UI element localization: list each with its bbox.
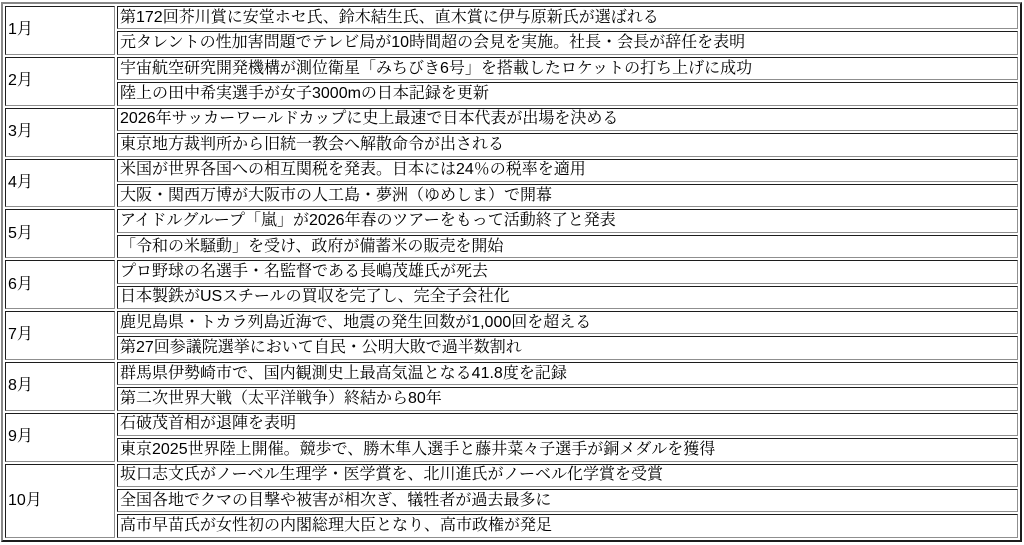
event-cell: プロ野球の名選手・名監督である長嶋茂雄氏が死去 (117, 260, 1018, 283)
table-row: 第二次世界大戦（太平洋戦争）終結から80年 (5, 387, 1018, 410)
month-cell-may: 5月 (5, 209, 115, 258)
event-cell: 高市早苗氏が女性初の内閣総理大臣となり、高市政権が発足 (117, 514, 1018, 538)
table-row: 大阪・関西万博が大阪市の人工島・夢洲（ゆめしま）で開幕 (5, 184, 1018, 207)
event-cell: 坂口志文氏がノーベル生理学・医学賞を、北川進氏がノーベル化学賞を受賞 (117, 464, 1018, 487)
month-cell-oct: 10月 (5, 464, 115, 538)
table-row: 8月 群馬県伊勢崎市で、国内観測史上最高気温となる41.8度を記録 (5, 362, 1018, 385)
table-row: 10月 坂口志文氏がノーベル生理学・医学賞を、北川進氏がノーベル化学賞を受賞 (5, 464, 1018, 487)
month-cell-aug: 8月 (5, 362, 115, 411)
event-cell: 米国が世界各国への相互関税を発表。日本には24％の税率を適用 (117, 159, 1018, 182)
month-cell-feb: 2月 (5, 57, 115, 106)
table-row: 全国各地でクマの目撃や被害が相次ぎ、犠牲者が過去最多に (5, 489, 1018, 512)
event-cell: 第172回芥川賞に安堂ホセ氏、鈴木結生氏、直木賞に伊与原新氏が選ばれる (117, 6, 1018, 29)
table-row: 6月 プロ野球の名選手・名監督である長嶋茂雄氏が死去 (5, 260, 1018, 283)
table-row: 4月 米国が世界各国への相互関税を発表。日本には24％の税率を適用 (5, 159, 1018, 182)
event-cell: 陸上の田中希実選手が女子3000mの日本記録を更新 (117, 82, 1018, 105)
event-cell: 大阪・関西万博が大阪市の人工島・夢洲（ゆめしま）で開幕 (117, 184, 1018, 207)
event-cell: 鹿児島県・トカラ列島近海で、地震の発生回数が1,000回を超える (117, 311, 1018, 334)
table-row: 「令和の米騒動」を受け、政府が備蓄米の販売を開始 (5, 235, 1018, 258)
table-row: 9月 石破茂首相が退陣を表明 (5, 413, 1018, 436)
table-row: 東京2025世界陸上開催。競歩で、勝木隼人選手と藤井菜々子選手が銅メダルを獲得 (5, 438, 1018, 461)
month-cell-mar: 3月 (5, 108, 115, 157)
event-cell: 元タレントの性加害問題でテレビ局が10時間超の会見を実施。社長・会長が辞任を表明 (117, 31, 1018, 54)
event-cell: アイドルグループ「嵐」が2026年春のツアーをもって活動終了と発表 (117, 209, 1018, 232)
month-cell-jan: 1月 (5, 6, 115, 55)
table-row: 東京地方裁判所から旧統一教会へ解散命令が出される (5, 133, 1018, 156)
month-cell-apr: 4月 (5, 159, 115, 208)
month-cell-jun: 6月 (5, 260, 115, 309)
event-cell: 宇宙航空研究開発機構が測位衛星「みちびき6号」を搭載したロケットの打ち上げに成功 (117, 57, 1018, 80)
month-cell-sep: 9月 (5, 413, 115, 462)
table-row: 3月 2026年サッカーワールドカップに史上最速で日本代表が出場を決める (5, 108, 1018, 131)
event-cell: 2026年サッカーワールドカップに史上最速で日本代表が出場を決める (117, 108, 1018, 131)
month-cell-jul: 7月 (5, 311, 115, 360)
table-row: 7月 鹿児島県・トカラ列島近海で、地震の発生回数が1,000回を超える (5, 311, 1018, 334)
table-row: 5月 アイドルグループ「嵐」が2026年春のツアーをもって活動終了と発表 (5, 209, 1018, 232)
table-row: 高市早苗氏が女性初の内閣総理大臣となり、高市政権が発足 (5, 514, 1018, 538)
event-cell: 全国各地でクマの目撃や被害が相次ぎ、犠牲者が過去最多に (117, 489, 1018, 512)
event-cell: 第27回参議院選挙において自民・公明大敗で過半数割れ (117, 336, 1018, 359)
event-cell: 石破茂首相が退陣を表明 (117, 413, 1018, 436)
monthly-news-table: 1月 第172回芥川賞に安堂ホセ氏、鈴木結生氏、直木賞に伊与原新氏が選ばれる 元… (1, 2, 1022, 542)
event-cell: 群馬県伊勢崎市で、国内観測史上最高気温となる41.8度を記録 (117, 362, 1018, 385)
table-row: 2月 宇宙航空研究開発機構が測位衛星「みちびき6号」を搭載したロケットの打ち上げ… (5, 57, 1018, 80)
event-cell: 東京地方裁判所から旧統一教会へ解散命令が出される (117, 133, 1018, 156)
table-row: 1月 第172回芥川賞に安堂ホセ氏、鈴木結生氏、直木賞に伊与原新氏が選ばれる (5, 6, 1018, 29)
event-cell: 日本製鉄がUSスチールの買収を完了し、完全子会社化 (117, 286, 1018, 309)
event-cell: 東京2025世界陸上開催。競歩で、勝木隼人選手と藤井菜々子選手が銅メダルを獲得 (117, 438, 1018, 461)
table-row: 陸上の田中希実選手が女子3000mの日本記録を更新 (5, 82, 1018, 105)
event-cell: 「令和の米騒動」を受け、政府が備蓄米の販売を開始 (117, 235, 1018, 258)
table-row: 元タレントの性加害問題でテレビ局が10時間超の会見を実施。社長・会長が辞任を表明 (5, 31, 1018, 54)
table-row: 日本製鉄がUSスチールの買収を完了し、完全子会社化 (5, 286, 1018, 309)
table-row: 第27回参議院選挙において自民・公明大敗で過半数割れ (5, 336, 1018, 359)
event-cell: 第二次世界大戦（太平洋戦争）終結から80年 (117, 387, 1018, 410)
